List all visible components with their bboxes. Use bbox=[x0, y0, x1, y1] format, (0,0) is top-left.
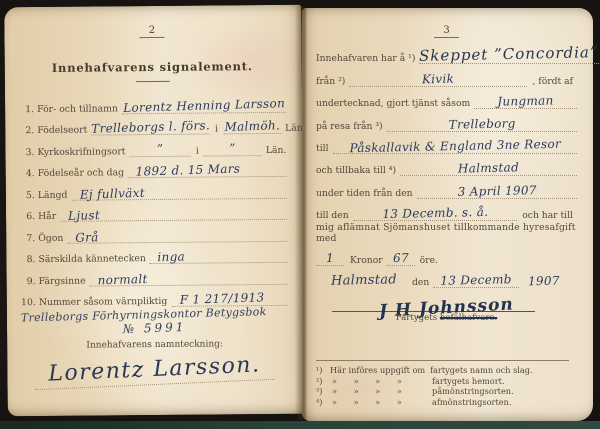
period-from-handwritten: 3 April 1907 bbox=[417, 183, 578, 198]
form-line: under tiden från den 3 April 1907 bbox=[316, 176, 577, 198]
handwritten-value: Grå bbox=[67, 225, 287, 244]
fill-line: Jungman bbox=[474, 95, 577, 109]
year-handwritten: 1907 bbox=[527, 275, 559, 288]
kronor-label: Kronor bbox=[344, 255, 387, 266]
fill-line: Skeppet ”Concordia” bbox=[419, 47, 599, 64]
field-number: 1. bbox=[17, 104, 37, 115]
footnote-row: ³) » » » » påmönstringsorten. bbox=[316, 386, 569, 397]
fill-line: 3 April 1907 bbox=[417, 185, 577, 199]
den-label: den bbox=[412, 277, 433, 288]
field-row: 2. Födelseort Trelleborgs l. förs. i Mal… bbox=[17, 112, 286, 136]
field-label: Särskilda kännetecken bbox=[38, 253, 149, 265]
printed-text: , fördt af bbox=[527, 76, 577, 87]
form-line: till den 13 Decemb. s. å. och har till bbox=[316, 199, 577, 221]
field-label: Färgsinne bbox=[39, 275, 90, 286]
field-mid-label: i bbox=[210, 123, 223, 134]
field-line: Ljust bbox=[60, 206, 287, 222]
footnotes: ¹) Här införes uppgift om fartygets namn… bbox=[316, 360, 569, 408]
printed-text: till den bbox=[316, 210, 353, 221]
printed-text: till bbox=[316, 143, 333, 154]
field-label: Längd bbox=[38, 189, 72, 200]
field-number: 3. bbox=[17, 147, 37, 158]
left-page-number: 2 bbox=[140, 25, 164, 38]
kronor-amount-handwritten: 1 bbox=[316, 252, 344, 265]
field-line: inga bbox=[150, 249, 288, 264]
field-number: 2. bbox=[17, 125, 37, 136]
field-line: Lorentz Henning Larsson bbox=[122, 98, 286, 113]
signalement-fields: 1. För- och tillnamn Lorentz Henning Lar… bbox=[17, 91, 288, 308]
field-label: Hår bbox=[38, 211, 60, 222]
field-suffix: Län. bbox=[262, 144, 287, 155]
master-signature-wrap: J H Johnsson bbox=[316, 298, 577, 312]
fill-line: Kivik bbox=[349, 73, 527, 87]
field-number: 4. bbox=[18, 168, 38, 179]
field-number: 9. bbox=[19, 276, 39, 287]
footnote-row: ²) » » » » fartygets hemort. bbox=[316, 376, 569, 387]
form-line: undertecknad, gjort tjänst såsom Jungman bbox=[316, 87, 577, 109]
page-gutter-shadow bbox=[295, 6, 307, 420]
footnote-text: påmönstringsorten. bbox=[432, 386, 569, 397]
left-page: 2 Innehafvarens signalement. 1. För- och… bbox=[4, 5, 305, 417]
year-wrap: 1907 bbox=[519, 275, 559, 288]
right-page-number-wrap: 3 bbox=[316, 18, 577, 34]
printed-text: från ²) bbox=[316, 76, 349, 87]
field-label: Födelseort bbox=[37, 125, 91, 136]
scanned-seaman-book-photo: 2 Innehafvarens signalement. 1. För- och… bbox=[0, 0, 600, 429]
printed-text: och tillbaka till ⁴) bbox=[316, 165, 400, 176]
field-line: 1892 d. 15 Mars bbox=[128, 163, 287, 178]
handwritten-value: 1892 d. 15 Mars bbox=[128, 161, 287, 178]
service-role-handwritten: Jungman bbox=[474, 94, 577, 108]
fill-line: Påskallavik & England 3ne Resor bbox=[333, 140, 577, 154]
field-label: För- och tillnamn bbox=[37, 103, 122, 115]
voyage-from-handwritten: Trelleborg bbox=[387, 116, 578, 132]
field-number: 10. bbox=[19, 297, 39, 308]
left-page-title: Innehafvarens signalement. bbox=[17, 59, 288, 75]
field-row: 7. Ögon Grå bbox=[18, 220, 287, 244]
footnote-number: ³) bbox=[316, 386, 330, 397]
footnote-ditto-marks: » » » » bbox=[330, 376, 432, 387]
printed-text: under tiden från den bbox=[316, 188, 417, 199]
title-rule bbox=[135, 81, 169, 82]
footnote-text: fartygets namn och slag. bbox=[430, 365, 569, 376]
field-number: 6. bbox=[18, 211, 38, 222]
fill-line: Trelleborg bbox=[387, 118, 577, 132]
place-handwritten: Halmstad bbox=[316, 273, 412, 288]
master-signature: J H Johnsson bbox=[369, 296, 525, 321]
form-line: Innehafvaren har å ¹) Skeppet ”Concordia… bbox=[316, 42, 577, 64]
field-label: Nummer såsom värnpliktig bbox=[39, 296, 172, 308]
fill-line: 1 bbox=[316, 252, 344, 266]
form-line: och tillbaka till ⁴) Halmstad bbox=[316, 154, 577, 176]
fill-line: 13 Decemb. s. å. bbox=[353, 207, 518, 221]
field-label: Kyrkoskrifningsort bbox=[37, 146, 129, 158]
field-number: 7. bbox=[18, 233, 38, 244]
handwritten-value: F 1 217/1913 bbox=[171, 291, 288, 306]
right-page: 3 Innehafvaren har å ¹) Skeppet ”Concord… bbox=[302, 8, 593, 421]
printed-text: på resa från ³) bbox=[316, 121, 387, 132]
field-line: Ej fullväxt bbox=[71, 184, 287, 200]
footnote-ditto-marks: » » » » bbox=[330, 397, 432, 408]
home-port-handwritten: Kivik bbox=[349, 71, 527, 87]
field-line: Malmöh. bbox=[223, 120, 281, 135]
footnote-number: ¹) bbox=[316, 365, 330, 376]
field-row: 8. Särskilda kännetecken inga bbox=[18, 241, 287, 265]
handwritten-value: Trelleborgs l. förs. bbox=[91, 119, 210, 135]
holder-signature: Lorentz Larsson. bbox=[34, 354, 275, 390]
holder-signature-wrap: Lorentz Larsson. bbox=[19, 358, 290, 387]
field-mid-label: i bbox=[191, 145, 204, 156]
printed-text: undertecknad, gjort tjänst såsom bbox=[316, 98, 474, 109]
field-line: Grå bbox=[67, 227, 287, 243]
handwritten-value: Ej fullväxt bbox=[71, 182, 287, 200]
field-label: Födelseår och dag bbox=[38, 167, 128, 179]
field-line: Trelleborgs l. förs. bbox=[91, 121, 210, 136]
fill-line: 13 Decemb bbox=[433, 274, 519, 288]
fee-amount-line: 1 Kronor 67 öre. bbox=[316, 244, 577, 266]
form-line: till Påskallavik & England 3ne Resor bbox=[316, 132, 577, 154]
field-row: 4. Födelseår och dag 1892 d. 15 Mars bbox=[18, 155, 287, 179]
printed-text: och har till bbox=[517, 210, 577, 221]
footnote-row: ⁴) » » » » afmönstringsorten. bbox=[316, 397, 569, 408]
handwritten-value: Ljust bbox=[60, 203, 287, 222]
holder-signature-caption: Innehafvarens namnteckning: bbox=[19, 339, 290, 351]
return-port-handwritten: Halmstad bbox=[400, 160, 577, 176]
field-line: ” bbox=[129, 142, 190, 157]
form-line: på resa från ³) Trelleborg bbox=[316, 109, 577, 131]
field-row: 5. Längd Ej fullväxt bbox=[18, 177, 287, 201]
fill-line: Halmstad bbox=[400, 162, 577, 176]
footnote-row: ¹) Här införes uppgift om fartygets namn… bbox=[316, 365, 569, 376]
footnote-text: afmönstringsorten. bbox=[432, 397, 569, 408]
handwritten-value: normalt bbox=[89, 268, 287, 286]
footnote-number: ²) bbox=[316, 376, 330, 387]
place-date-line: Halmstad den 13 Decemb 1907 bbox=[316, 266, 577, 288]
date-handwritten: 13 Decemb bbox=[433, 273, 519, 287]
field-row: 9. Färgsinne normalt bbox=[18, 263, 287, 287]
field-number: 8. bbox=[18, 254, 38, 265]
handwritten-value: ” bbox=[204, 141, 262, 155]
form-line: från ²) Kivik , fördt af bbox=[316, 64, 577, 86]
footnote-mid: Här införes uppgift om bbox=[330, 365, 430, 376]
handwritten-value: Lorentz Henning Larsson bbox=[122, 97, 286, 114]
ore-amount-handwritten: 67 bbox=[387, 252, 415, 265]
ship-name-handwritten: Skeppet ”Concordia” bbox=[419, 46, 599, 65]
field-number: 5. bbox=[18, 190, 38, 201]
destination-handwritten: Påskallavik & England 3ne Resor bbox=[332, 137, 577, 154]
field-row: 3. Kyrkoskrifningsort ” i ” Län. bbox=[17, 134, 286, 158]
field-line: normalt bbox=[90, 270, 288, 286]
field-line: F 1 217/1913 bbox=[171, 292, 288, 307]
fee-sentence: mig aflämnat Sjömanshuset tillkommande h… bbox=[316, 221, 577, 243]
period-to-handwritten: 13 Decemb. s. å. bbox=[353, 205, 518, 220]
place-handwritten-wrap: Halmstad bbox=[316, 274, 412, 288]
desk-surface bbox=[0, 421, 600, 429]
left-page-number-wrap: 2 bbox=[16, 17, 287, 35]
handwritten-value: ” bbox=[129, 142, 191, 156]
ore-label: öre. bbox=[415, 255, 577, 266]
handwritten-value: inga bbox=[150, 247, 288, 263]
footnote-text: fartygets hemort. bbox=[432, 376, 569, 387]
footnote-number: ⁴) bbox=[316, 397, 330, 408]
field-label: Ögon bbox=[38, 232, 67, 243]
printed-text: Innehafvaren har å ¹) bbox=[316, 53, 419, 64]
footnote-ditto-marks: » » » » bbox=[330, 386, 432, 397]
handwritten-value: Malmöh. bbox=[223, 119, 281, 133]
field-line: ” bbox=[204, 142, 262, 157]
field-row: 6. Hår Ljust bbox=[18, 198, 287, 222]
fill-line: 67 bbox=[387, 252, 415, 266]
field-row: 1. För- och tillnamn Lorentz Henning Lar… bbox=[17, 91, 286, 115]
